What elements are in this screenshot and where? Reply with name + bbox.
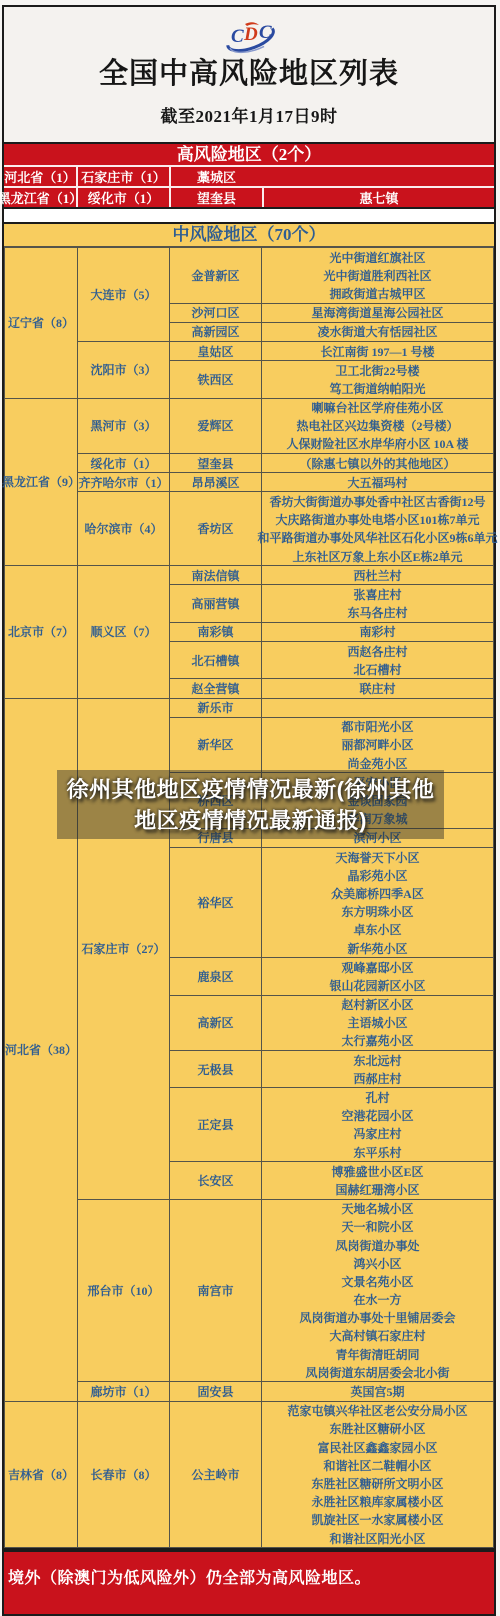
district-row: 北京市（7）顺义区（7）南法信镇西杜兰村 xyxy=(5,566,494,585)
city-cell: 齐齐哈尔市（1） xyxy=(78,473,170,492)
community-line: 东平乐村 xyxy=(262,1143,493,1161)
province-cell: 黑龙江省（1） xyxy=(4,188,78,207)
community-line: 联庄村 xyxy=(262,679,493,697)
cdc-logo-icon: C D C xyxy=(4,15,494,57)
community-line: 主语城小区 xyxy=(262,1014,493,1032)
community-line: 国赫红珊湾小区 xyxy=(262,1180,493,1198)
community-line: 东胜社区糖研小区 xyxy=(262,1420,493,1438)
province-cell: 北京市（7） xyxy=(5,566,78,698)
community-line: 青年街清旺胡同 xyxy=(262,1345,493,1363)
section-gap xyxy=(4,209,494,222)
district-cell: 裕华区 xyxy=(170,848,262,958)
district-row: 黑龙江省（9）黑河市（3）爱辉区喇嘛台社区学府佳苑小区热电社区兴边集资楼（2号楼… xyxy=(5,398,494,454)
city-cell: 沈阳市（3） xyxy=(78,341,170,398)
community-line: 张喜庄村 xyxy=(262,585,493,603)
community-line: 拥政街道古城甲区 xyxy=(262,284,493,302)
community-line: 上东社区万象上东小区E栋2单元 xyxy=(262,547,493,565)
community-line: 天一和院小区 xyxy=(262,1218,493,1236)
svg-text:D: D xyxy=(243,24,258,45)
district-cell: 皇姑区 xyxy=(170,341,262,360)
province-cell: 河北省（1） xyxy=(4,167,78,186)
community-line: 东马各庄村 xyxy=(262,604,493,622)
city-cell: 绥化市（1） xyxy=(78,454,170,473)
community-line: 热电社区兴边集资楼（2号楼） xyxy=(262,417,493,435)
community-line: 卫工北街22号楼 xyxy=(262,361,493,379)
community-line: 凤岗街道办事处十里铺居委会 xyxy=(262,1309,493,1327)
community-line: 博雅盛世小区E区 xyxy=(262,1162,493,1180)
community-line: 凌水街道大有恬园社区 xyxy=(262,323,493,341)
community-cell: 南彩村 xyxy=(262,622,494,641)
community-line: 西杜兰村 xyxy=(262,566,493,584)
district-cell: 铁西区 xyxy=(170,361,262,398)
high-risk-row: 河北省（1）石家庄市（1）藁城区 xyxy=(4,167,494,186)
city-cell: 廊坊市（1） xyxy=(78,1382,170,1401)
community-line: 和谐社区阳光小区 xyxy=(262,1529,493,1547)
district-cell: 无极县 xyxy=(170,1051,262,1088)
district-cell: 公主岭市 xyxy=(170,1401,262,1548)
community-line: 新华苑小区 xyxy=(262,939,493,957)
community-line: 大五福玛村 xyxy=(262,473,493,491)
community-cell: 长江南街 197—1 号楼 xyxy=(262,341,494,360)
district-cell: 赵全营镇 xyxy=(170,679,262,698)
community-cell: 天地名城小区天一和院小区凤岗街道办事处鸿兴小区文景名苑小区在水一方凤岗街道办事处… xyxy=(262,1199,494,1382)
community-line: 晶彩苑小区 xyxy=(262,866,493,884)
community-cell: 西杜兰村 xyxy=(262,566,494,585)
district-cell: 香坊区 xyxy=(170,492,262,566)
community-line: 范家屯镇兴华社区老公安分局小区 xyxy=(262,1402,493,1420)
community-cell: 观峰嘉邸小区银山花园新区小区 xyxy=(262,958,494,995)
community-line: 星海湾街道星海公园社区 xyxy=(262,304,493,322)
community-cell: 天海誉天下小区晶彩苑小区众美廊桥四季A区东方明珠小区卓东小区新华苑小区 xyxy=(262,848,494,958)
district-cell: 南法信镇 xyxy=(170,566,262,585)
district-cell: 正定县 xyxy=(170,1088,262,1162)
community-line: 凯旋社区一水家属楼小区 xyxy=(262,1511,493,1529)
community-line: 众美廊桥四季A区 xyxy=(262,884,493,902)
community-cell: 星海湾街道星海公园社区 xyxy=(262,303,494,322)
city-cell: 哈尔滨市（4） xyxy=(78,492,170,566)
district-cell: 固安县 xyxy=(170,1382,262,1401)
high-risk-rows: 河北省（1）石家庄市（1）藁城区黑龙江省（1）绥化市（1）望奎县惠七镇 xyxy=(4,167,494,207)
city-cell: 绥化市（1） xyxy=(78,188,171,207)
district-row: 沈阳市（3）皇姑区长江南街 197—1 号楼 xyxy=(5,341,494,360)
district-cell: 南宫市 xyxy=(170,1199,262,1382)
district-cell: 南彩镇 xyxy=(170,622,262,641)
community-cell: 博雅盛世小区E区国赫红珊湾小区 xyxy=(262,1162,494,1199)
city-cell: 黑河市（3） xyxy=(78,398,170,454)
community-line: 长江南街 197—1 号楼 xyxy=(262,342,493,360)
city-cell: 长春市（8） xyxy=(78,1401,170,1548)
community-cell: 张喜庄村东马各庄村 xyxy=(262,585,494,622)
district-cell: 新华区 xyxy=(170,717,262,773)
watermark-overlay: 徐州其他地区疫情情况最新(徐州其他 地区疫情情况最新通报) xyxy=(57,770,444,839)
community-cell: 东北远村西郝庄村 xyxy=(262,1051,494,1088)
community-line: 银山花园新区小区 xyxy=(262,976,493,994)
district-cell: 金普新区 xyxy=(170,248,262,304)
community-line: （除惠七镇以外的其他地区） xyxy=(262,454,493,472)
community-cell: 都市阳光小区丽都河畔小区尚金苑小区 xyxy=(262,717,494,773)
district-cell: 昂昂溪区 xyxy=(170,473,262,492)
district-row: 河北省（38）石家庄市（27）新乐市 xyxy=(5,698,494,717)
medium-risk-header: 中风险地区（70个） xyxy=(4,224,494,247)
community-line: 大庆路街道办事处电塔小区101栋7单元 xyxy=(262,511,493,529)
district-cell: 北石槽镇 xyxy=(170,641,262,678)
community-line: 笃工街道纳帕阳光 xyxy=(262,379,493,397)
community-line: 南彩村 xyxy=(262,623,493,641)
community-line: 鸿兴小区 xyxy=(262,1254,493,1272)
community-line: 英国宫5期 xyxy=(262,1382,493,1400)
community-cell: 惠七镇 xyxy=(264,188,494,207)
community-cell: 联庄村 xyxy=(262,679,494,698)
community-cell xyxy=(262,698,494,717)
community-line: 喇嘛台社区学府佳苑小区 xyxy=(262,399,493,417)
community-line: 富民社区鑫鑫家园小区 xyxy=(262,1438,493,1456)
masthead: C D C 全国中高风险地区列表 截至2021年1月17日9时 xyxy=(4,7,494,142)
community-cell: 西赵各庄村北石槽村 xyxy=(262,641,494,678)
community-line: 东胜社区糖研所文明小区 xyxy=(262,1474,493,1492)
high-risk-section: 高风险地区（2个） 河北省（1）石家庄市（1）藁城区黑龙江省（1）绥化市（1）望… xyxy=(4,142,494,209)
district-cell: 爱辉区 xyxy=(170,398,262,454)
footer-note: 境外（除澳门为低风险外）仍全部为高风险地区。 xyxy=(4,1552,494,1588)
community-line: 凤岗街道东胡居委会北小街 xyxy=(262,1363,493,1381)
district-row: 绥化市（1）望奎县（除惠七镇以外的其他地区） xyxy=(5,454,494,473)
community-line: 卓东小区 xyxy=(262,921,493,939)
community-cell: 范家屯镇兴华社区老公安分局小区东胜社区糖研小区富民社区鑫鑫家园小区和谐社区二鞋帽… xyxy=(262,1401,494,1548)
district-cell: 高新园区 xyxy=(170,322,262,341)
community-cell: （除惠七镇以外的其他地区） xyxy=(262,454,494,473)
community-line: 文景名苑小区 xyxy=(262,1272,493,1290)
community-line: 都市阳光小区 xyxy=(262,718,493,736)
community-line: 冯家庄村 xyxy=(262,1125,493,1143)
city-cell: 顺义区（7） xyxy=(78,566,170,698)
page-title: 全国中高风险地区列表 xyxy=(4,57,494,91)
community-cell: 大五福玛村 xyxy=(262,473,494,492)
community-line: 空港花园小区 xyxy=(262,1107,493,1125)
community-cell: 孔村空港花园小区冯家庄村东平乐村 xyxy=(262,1088,494,1162)
district-cell: 高新区 xyxy=(170,995,262,1051)
community-line: 西赵各庄村 xyxy=(262,642,493,660)
province-cell: 吉林省（8） xyxy=(5,1401,78,1548)
community-line: 永胜社区粮库家属楼小区 xyxy=(262,1493,493,1511)
district-cell: 望奎县 xyxy=(170,454,262,473)
city-cell: 石家庄市（1） xyxy=(78,167,171,186)
district-row: 辽宁省（8）大连市（5）金普新区光中街道红旗社区光中街道胜利西社区拥政街道古城甲… xyxy=(5,248,494,304)
community-line: 赵村新区小区 xyxy=(262,996,493,1014)
community-line: 大高村镇石家庄村 xyxy=(262,1327,493,1345)
community-cell: 卫工北街22号楼笃工街道纳帕阳光 xyxy=(262,361,494,398)
city-cell: 大连市（5） xyxy=(78,248,170,342)
city-cell: 邢台市（10） xyxy=(78,1199,170,1382)
community-cell: 喇嘛台社区学府佳苑小区热电社区兴边集资楼（2号楼）人保财险社区水岸华府小区 10… xyxy=(262,398,494,454)
district-cell: 长安区 xyxy=(170,1162,262,1199)
community-line: 天地名城小区 xyxy=(262,1200,493,1218)
community-line: 东方明珠小区 xyxy=(262,903,493,921)
province-cell: 黑龙江省（9） xyxy=(5,398,78,566)
community-line: 北石槽村 xyxy=(262,660,493,678)
community-line: 孔村 xyxy=(262,1088,493,1106)
district-row: 吉林省（8）长春市（8）公主岭市范家屯镇兴华社区老公安分局小区东胜社区糖研小区富… xyxy=(5,1401,494,1548)
district-cell: 高丽营镇 xyxy=(170,585,262,622)
community-line: 天海誉天下小区 xyxy=(262,848,493,866)
as-of-date: 截至2021年1月17日9时 xyxy=(4,102,494,127)
district-cell: 新乐市 xyxy=(170,698,262,717)
svg-text:C: C xyxy=(259,22,272,43)
poster-page: C D C 全国中高风险地区列表 截至2021年1月17日9时 高风险地区（2个… xyxy=(0,0,500,1616)
community-line: 和平路街道办事处风华社区石化小区9栋6单元 xyxy=(262,529,493,547)
high-risk-header: 高风险地区（2个） xyxy=(4,144,494,167)
community-cell xyxy=(262,167,494,186)
community-line: 西郝庄村 xyxy=(262,1069,493,1087)
medium-risk-section: 中风险地区（70个） 辽宁省（8）大连市（5）金普新区光中街道红旗社区光中街道胜… xyxy=(4,222,494,1550)
district-cell: 望奎县 xyxy=(171,188,264,207)
community-cell: 凌水街道大有恬园社区 xyxy=(262,322,494,341)
community-cell: 英国宫5期 xyxy=(262,1382,494,1401)
community-line: 东北远村 xyxy=(262,1051,493,1069)
community-line: 香坊大街街道办事处香中社区古香街12号 xyxy=(262,492,493,510)
watermark-line-1: 徐州其他地区疫情情况最新(徐州其他 xyxy=(67,774,435,805)
community-line: 人保财险社区水岸华府小区 10A 楼 xyxy=(262,435,493,453)
high-risk-row: 黑龙江省（1）绥化市（1）望奎县惠七镇 xyxy=(4,186,494,207)
district-row: 廊坊市（1）固安县英国宫5期 xyxy=(5,1382,494,1401)
footer-band: 境外（除澳门为低风险外）仍全部为高风险地区。 xyxy=(4,1550,494,1614)
district-row: 哈尔滨市（4）香坊区香坊大街街道办事处香中社区古香街12号大庆路街道办事处电塔小… xyxy=(5,492,494,566)
community-line: 和谐社区二鞋帽小区 xyxy=(262,1456,493,1474)
community-line: 光中街道胜利西社区 xyxy=(262,266,493,284)
medium-risk-table-body: 辽宁省（8）大连市（5）金普新区光中街道红旗社区光中街道胜利西社区拥政街道古城甲… xyxy=(5,248,494,1548)
community-line: 在水一方 xyxy=(262,1291,493,1309)
community-line: 太行嘉苑小区 xyxy=(262,1032,493,1050)
district-cell: 鹿泉区 xyxy=(170,958,262,995)
medium-risk-table: 辽宁省（8）大连市（5）金普新区光中街道红旗社区光中街道胜利西社区拥政街道古城甲… xyxy=(4,247,494,1548)
community-cell: 赵村新区小区主语城小区太行嘉苑小区 xyxy=(262,995,494,1051)
watermark-line-2: 地区疫情情况最新通报) xyxy=(134,805,367,836)
community-line: 凤岗街道办事处 xyxy=(262,1236,493,1254)
district-cell: 沙河口区 xyxy=(170,303,262,322)
community-line: 光中街道红旗社区 xyxy=(262,248,493,266)
district-row: 邢台市（10）南宫市天地名城小区天一和院小区凤岗街道办事处鸿兴小区文景名苑小区在… xyxy=(5,1199,494,1382)
community-cell: 香坊大街街道办事处香中社区古香街12号大庆路街道办事处电塔小区101栋7单元和平… xyxy=(262,492,494,566)
district-row: 齐齐哈尔市（1）昂昂溪区大五福玛村 xyxy=(5,473,494,492)
svg-text:C: C xyxy=(231,26,244,47)
district-cell: 藁城区 xyxy=(171,167,262,186)
community-line: 观峰嘉邸小区 xyxy=(262,958,493,976)
province-cell: 辽宁省（8） xyxy=(5,248,78,399)
community-cell: 光中街道红旗社区光中街道胜利西社区拥政街道古城甲区 xyxy=(262,248,494,304)
community-line: 丽都河畔小区 xyxy=(262,736,493,754)
